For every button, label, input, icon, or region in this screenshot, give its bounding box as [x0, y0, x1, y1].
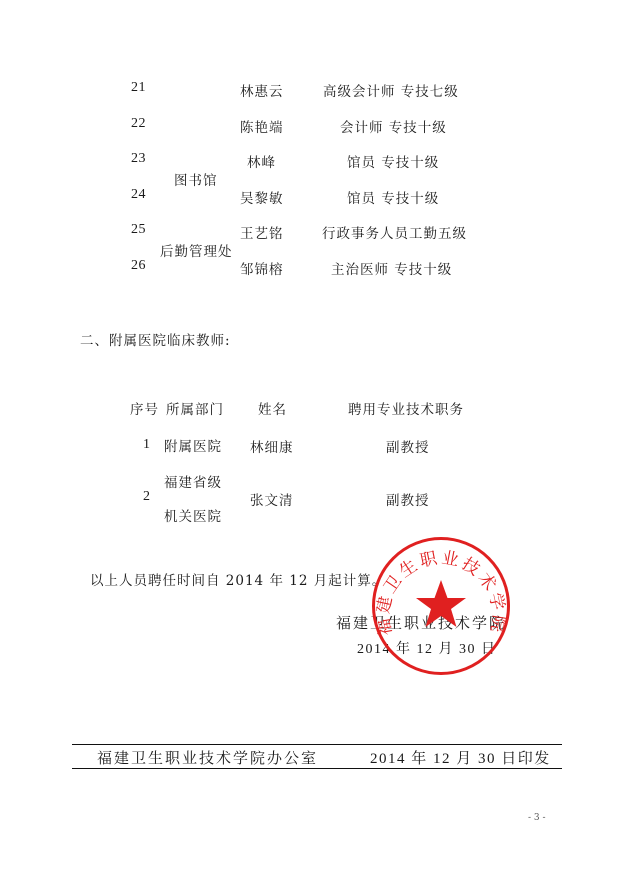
seal-star-icon: 福建卫生职业技术学院 — [375, 540, 507, 672]
staff-position: 会计师 专技十级 — [340, 116, 447, 136]
staff-position: 馆员 专技十级 — [347, 151, 439, 171]
official-seal: 福建卫生职业技术学院 — [372, 537, 510, 675]
staff-position: 行政事务人员工勤五级 — [322, 222, 467, 242]
issuer-office: 福建卫生职业技术学院办公室 — [97, 747, 318, 768]
issue-date: 2014 年 12 月 30 日印发 — [370, 747, 551, 768]
department-label: 后勤管理处 — [160, 240, 233, 260]
staff-name: 王艺铭 — [240, 222, 284, 242]
staff-position: 主治医师 专技十级 — [331, 258, 452, 278]
staff-position: 高级会计师 专技七级 — [323, 80, 459, 100]
appointment-note: 以上人员聘任时间自 2014 年 12 月起计算。 — [90, 569, 386, 589]
footer-bottom-rule — [72, 768, 562, 769]
row-number: 2 — [143, 489, 151, 505]
department-label: 图书馆 — [174, 169, 218, 189]
footer-top-rule — [72, 744, 562, 745]
header-name: 姓名 — [258, 398, 287, 418]
section-heading: 二、附属医院临床教师: — [80, 329, 231, 349]
row-number: 22 — [131, 116, 146, 132]
header-number: 序号 — [130, 398, 159, 418]
staff-name: 吴黎敏 — [240, 187, 284, 207]
row-number: 25 — [131, 222, 146, 238]
staff-name: 林惠云 — [240, 80, 284, 100]
header-position: 聘用专业技术职务 — [348, 398, 464, 418]
staff-name: 邹锦榕 — [240, 258, 284, 278]
staff-name: 陈艳端 — [240, 116, 284, 136]
staff-name: 张文清 — [250, 489, 294, 509]
staff-position: 副教授 — [386, 436, 430, 456]
staff-name: 林细康 — [250, 436, 294, 456]
department-label: 机关医院 — [164, 505, 222, 525]
page-number: - 3 - — [528, 813, 546, 823]
row-number: 1 — [143, 437, 151, 453]
header-department: 所属部门 — [166, 398, 224, 418]
staff-position: 副教授 — [386, 489, 430, 509]
department-label: 福建省级 — [164, 471, 222, 491]
row-number: 21 — [131, 80, 146, 96]
row-number: 26 — [131, 258, 146, 274]
row-number: 23 — [131, 151, 146, 167]
department-label: 附属医院 — [164, 435, 222, 455]
row-number: 24 — [131, 187, 146, 203]
staff-name: 林峰 — [247, 151, 276, 171]
staff-position: 馆员 专技十级 — [347, 187, 439, 207]
